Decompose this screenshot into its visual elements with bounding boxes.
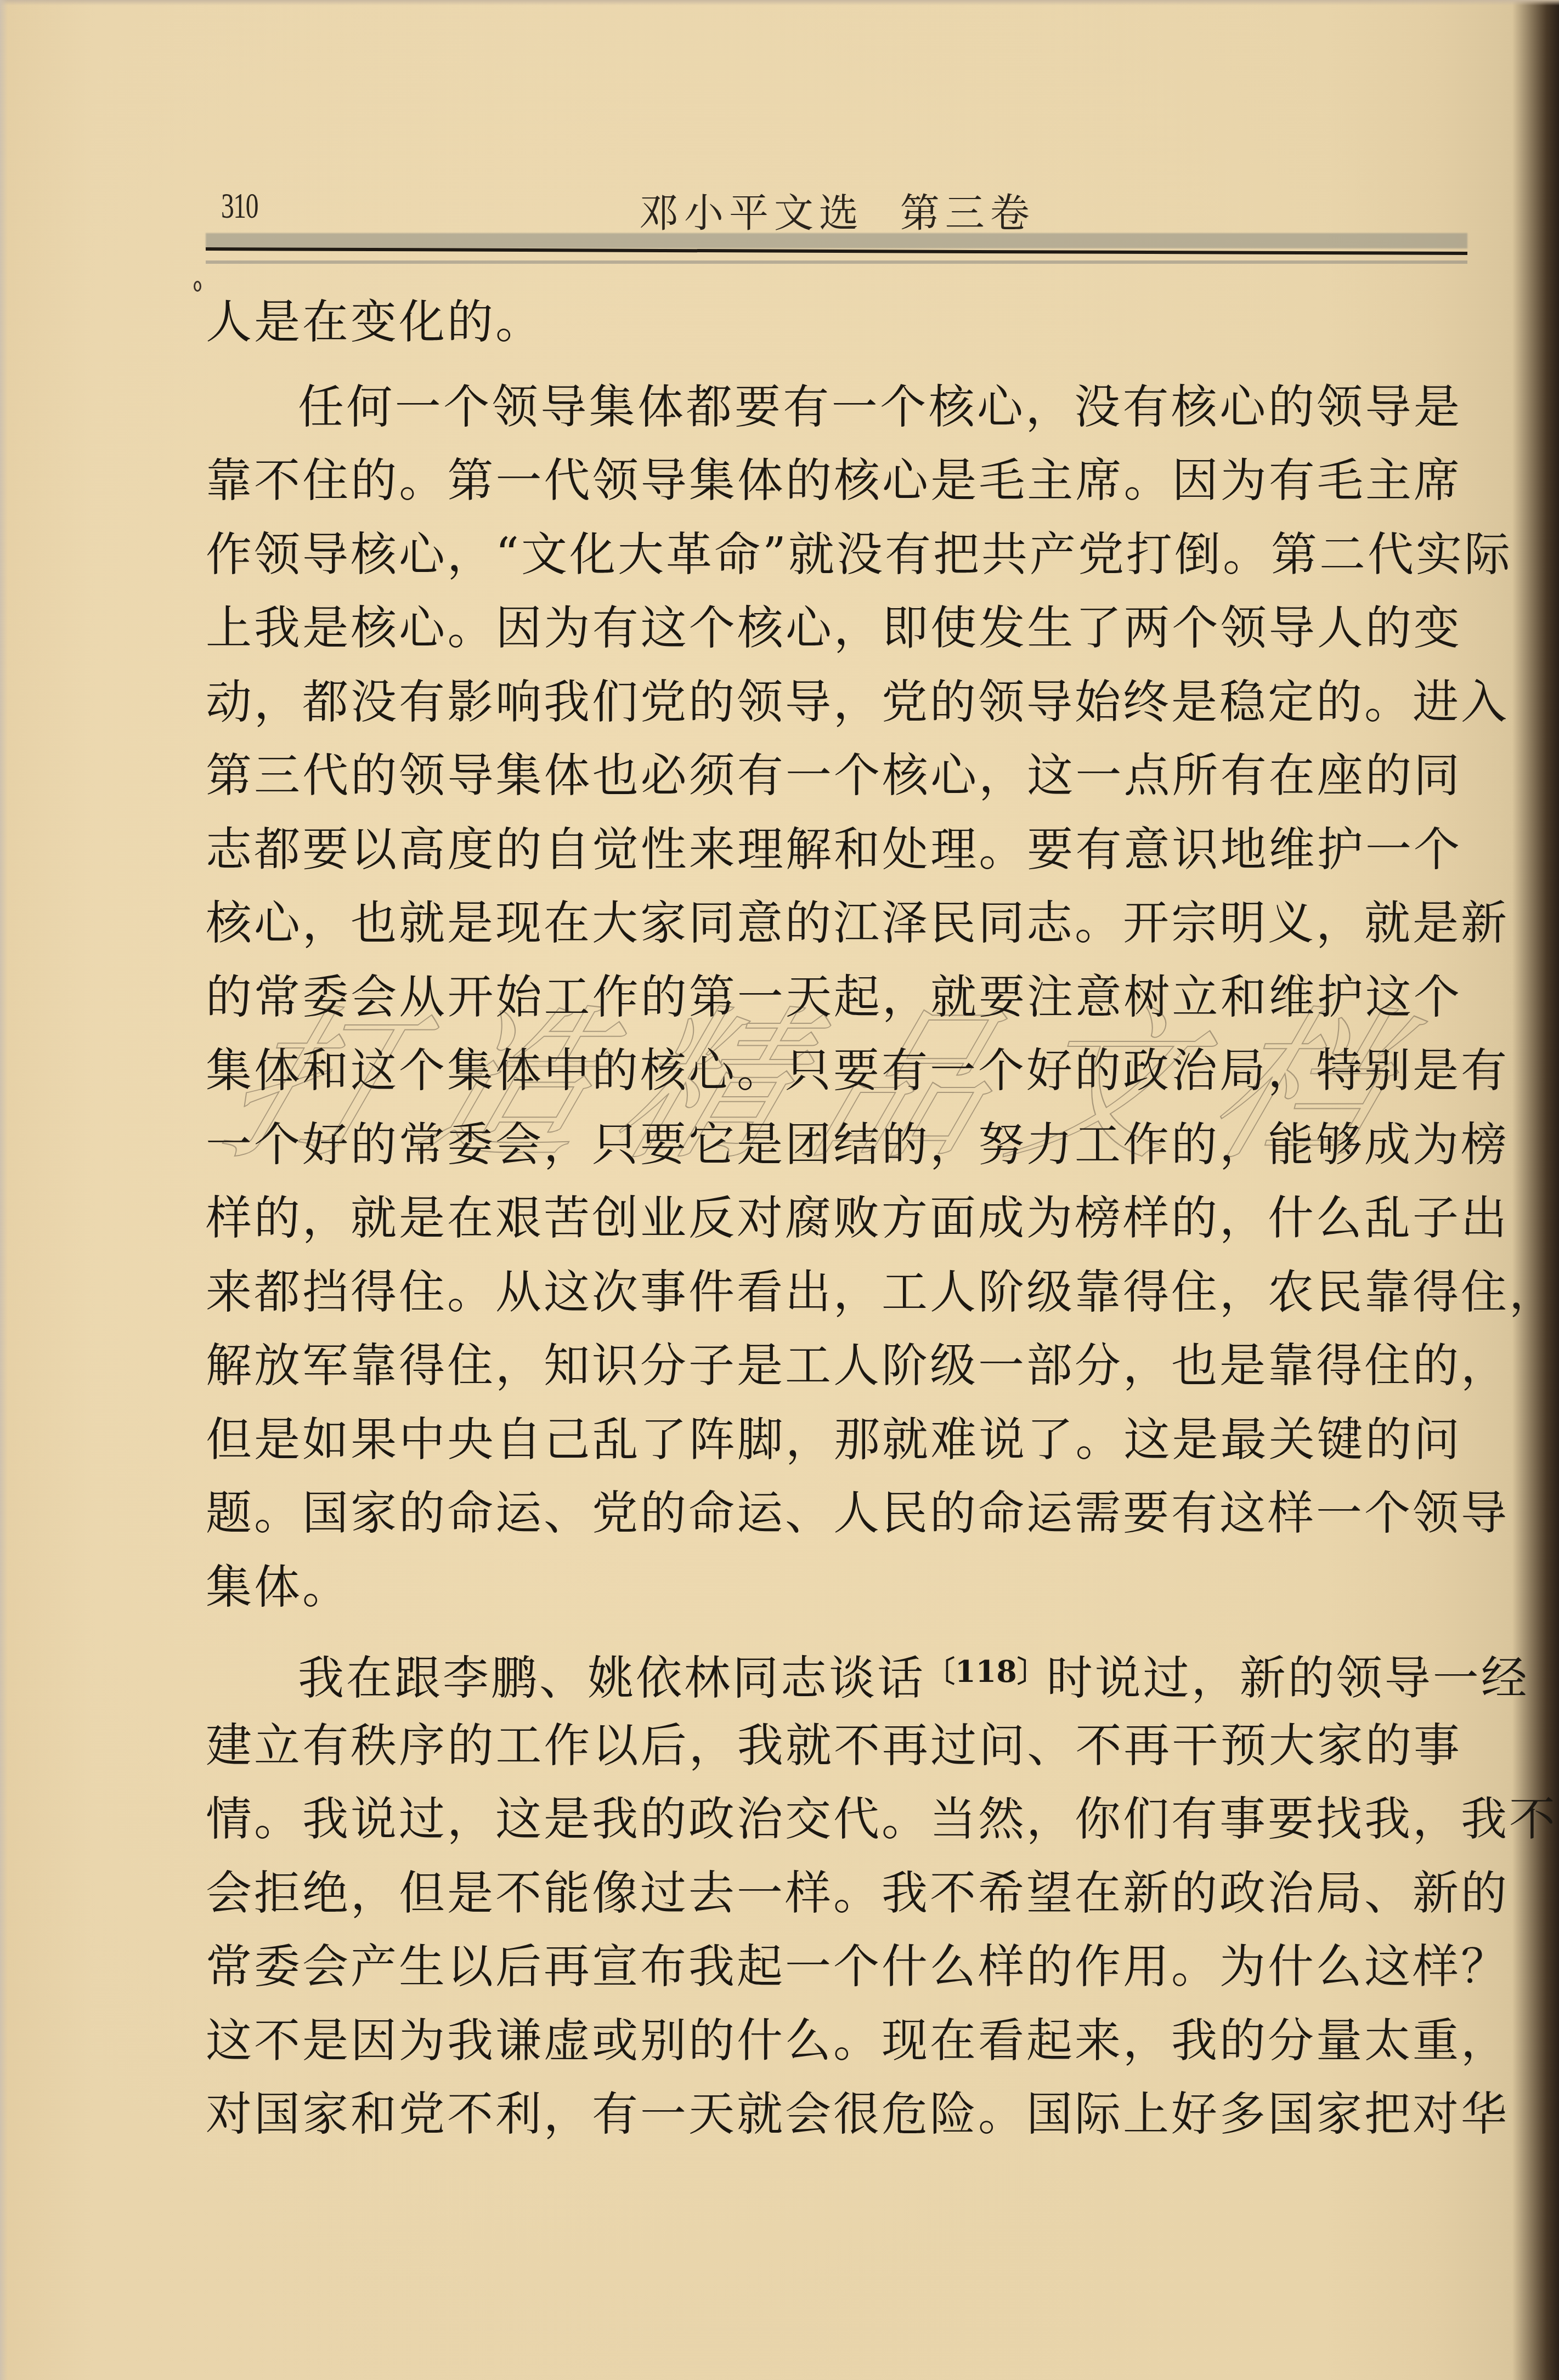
- header-rule-thin-line: [206, 260, 1467, 264]
- text-segment: 时说过，新的领导一经: [1047, 1651, 1529, 1705]
- text-line: 人是在变化的。: [206, 285, 1462, 359]
- page-left-edge: [0, 0, 8, 2380]
- footnote-reference[interactable]: 〔118〕: [925, 1654, 1047, 1689]
- text-line: 会拒绝，但是不能像过去一样。我不希望在新的政治局、新的: [206, 1856, 1462, 1930]
- header-rule-line: [206, 247, 1467, 255]
- text-segment: 我在跟李鹏、姚依林同志谈话: [298, 1651, 925, 1705]
- page-number: 310: [221, 185, 258, 227]
- page-top-edge: [0, 0, 1559, 5]
- text-line: 靠不住的。第一代领导集体的核心是毛主席。因为有毛主席: [206, 444, 1462, 518]
- text-line: 样的，就是在艰苦创业反对腐败方面成为榜样的，什么乱子出: [206, 1181, 1462, 1255]
- running-title: 邓小平文选 第三卷: [639, 181, 1035, 238]
- text-line: 这不是因为我谦虚或别的什么。现在看起来，我的分量太重，: [206, 2004, 1462, 2078]
- text-line: 动，都没有影响我们党的领导，党的领导始终是稳定的。进入: [206, 665, 1462, 739]
- text-line: 建立有秩序的工作以后，我就不再过问、不再干预大家的事: [206, 1709, 1462, 1783]
- text-line: 我在跟李鹏、姚依林同志谈话〔118〕时说过，新的领导一经: [206, 1635, 1462, 1709]
- text-line: 解放军靠得住，知识分子是工人阶级一部分，也是靠得住的，: [206, 1329, 1462, 1403]
- text-line: 任何一个领导集体都要有一个核心，没有核心的领导是: [206, 370, 1462, 444]
- text-line: 核心，也就是现在大家同意的江泽民同志。开宗明义，就是新: [206, 886, 1462, 960]
- text-line: 作领导核心，“文化大革命”就没有把共产党打倒。第二代实际: [206, 518, 1462, 592]
- header-rule: [206, 233, 1467, 266]
- text-line: 集体和这个集体中的核心。只要有一个好的政治局，特别是有: [206, 1034, 1462, 1108]
- stray-ink-mark: [194, 281, 201, 292]
- text-line: 情。我说过，这是我的政治交代。当然，你们有事要找我，我不: [206, 1782, 1462, 1856]
- header-rule-shadow: [206, 233, 1467, 248]
- text-line: 志都要以高度的自觉性来理解和处理。要有意识地维护一个: [206, 813, 1462, 887]
- text-line: 题。国家的命运、党的命运、人民的命运需要有这样一个领导: [206, 1476, 1462, 1550]
- text-line: 常委会产生以后再宣布我起一个什么样的作用。为什么这样？: [206, 1930, 1462, 2004]
- text-line: 来都挡得住。从这次事件看出，工人阶级靠得住，农民靠得住，: [206, 1255, 1462, 1329]
- text-line: 但是如果中央自己乱了阵脚，那就难说了。这是最关键的问: [206, 1403, 1462, 1477]
- text-line: 的常委会从开始工作的第一天起，就要注意树立和维护这个: [206, 960, 1462, 1034]
- text-line: 上我是核心。因为有这个核心，即使发生了两个领导人的变: [206, 591, 1462, 665]
- book-page: 310 邓小平文选 第三卷 人是在变化的。 任何一个领导集体都要有一个核心，没有…: [0, 0, 1559, 2380]
- text-line: 集体。: [206, 1550, 1462, 1624]
- text-line: 第三代的领导集体也必须有一个核心，这一点所有在座的同: [206, 739, 1462, 813]
- body-text: 人是在变化的。 任何一个领导集体都要有一个核心，没有核心的领导是 靠不住的。第一…: [206, 285, 1462, 2151]
- text-line: 对国家和党不利，有一天就会很危险。国际上好多国家把对华: [206, 2077, 1462, 2151]
- text-line: 一个好的常委会，只要它是团结的，努力工作的，能够成为榜: [206, 1108, 1462, 1182]
